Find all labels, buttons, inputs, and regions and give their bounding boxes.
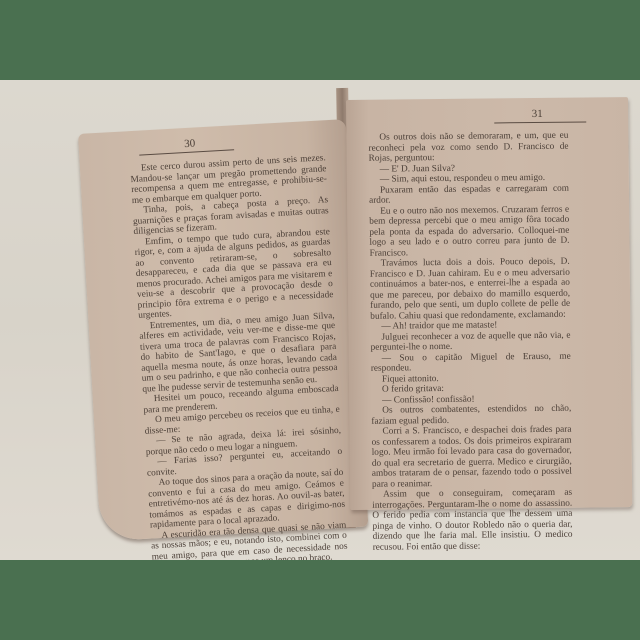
paragraph: Os outros dois não se demoraram, e um, q… — [368, 131, 568, 165]
bottom-border-band — [0, 560, 640, 640]
paragraph: Corri a S. Francisco, e despachei dois f… — [371, 425, 572, 490]
paragraph: Entrementes, um dia, o meu amigo Juan Si… — [139, 310, 339, 394]
paragraph: Os outros combatentes, estendidos no chã… — [371, 404, 571, 427]
top-border-band — [0, 0, 640, 80]
paragraph: Emfim, o tempo que tudo cura, abrandou e… — [134, 227, 334, 322]
right-page-text: Os outros dois não se demoraram, e um, q… — [368, 131, 572, 553]
paragraph: — Sou o capitão Miguel de Erauso, me res… — [371, 351, 571, 374]
paragraph: Travámos lucta dois a dois. Pouco depois… — [370, 257, 571, 322]
page-number-right: 31 — [492, 108, 582, 121]
paragraph: Eu e o outro não nos mexemos. Cruzaram f… — [369, 204, 570, 259]
left-page: 30 Este cerco durou assim perto de uns s… — [78, 119, 368, 541]
paragraph: Puxaram então das espadas e carregaram c… — [369, 183, 569, 206]
paragraph: Assim que o conseguiram, começaram as in… — [372, 488, 573, 553]
header-rule-right — [494, 121, 586, 123]
left-page-text: Este cerco durou assim perto de uns seis… — [130, 153, 349, 573]
paragraph: Julguei reconhecer a voz de aquelle que … — [370, 330, 570, 353]
right-page: 31 Os outros dois não se demoraram, e um… — [346, 97, 632, 510]
